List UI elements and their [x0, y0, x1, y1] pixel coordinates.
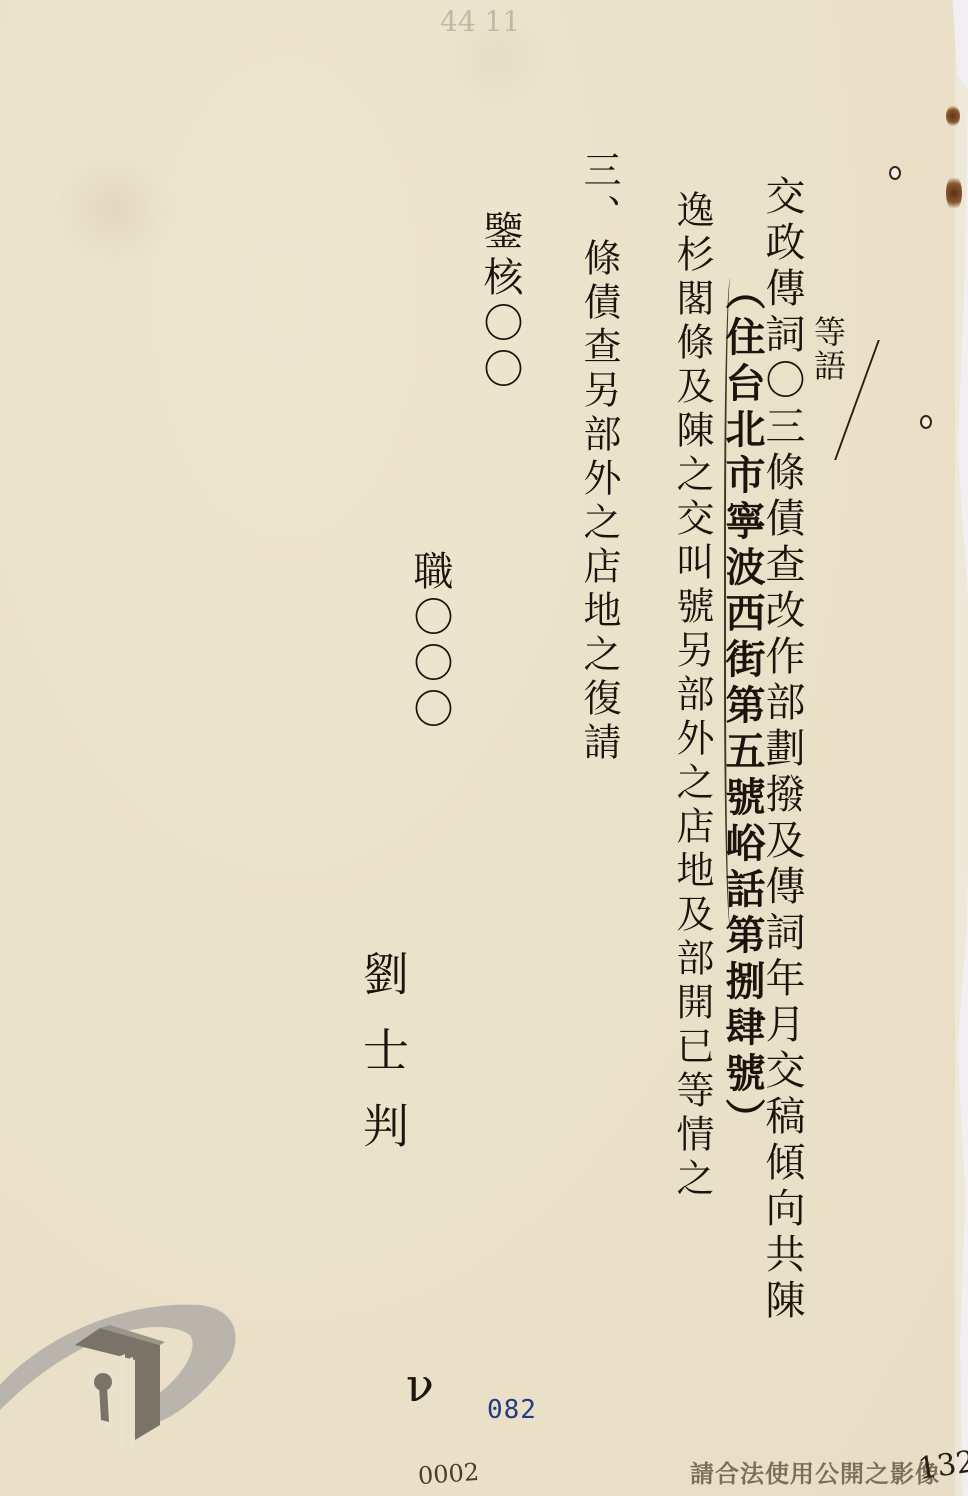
- top-pencil-mark: 44 11: [440, 5, 520, 38]
- text-column-3: 三、條債查另部外之店地之復請: [580, 150, 618, 766]
- page-number: 132: [916, 1444, 968, 1487]
- archive-logo-icon: [0, 1300, 250, 1460]
- burn-stain: [946, 175, 962, 211]
- signature: 劉士判: [360, 950, 406, 1178]
- text-column-1: 交政傳詞〇三條債查改作部劃撥及傳詞年月交稿傾向共陳: [762, 175, 802, 1325]
- text-column-2: 逸杉閣條及陳之交叫號另部外之店地及部開已等情之: [673, 190, 711, 1202]
- marginal-note: 等語: [812, 315, 844, 383]
- archive-number: 0002: [417, 1458, 480, 1490]
- punch-hole: [920, 415, 932, 429]
- punch-hole: [889, 166, 901, 180]
- text-column-sender: 職〇〇〇: [410, 550, 450, 734]
- check-mark: ν: [406, 1358, 434, 1412]
- text-column-closing: 鑒核〇〇: [480, 210, 520, 394]
- watermark-text: 請合法使用公開之影像: [690, 1454, 940, 1489]
- stamp-number: 082: [487, 1395, 537, 1425]
- burn-stain: [946, 105, 960, 127]
- address-insertion: （住台北市寧波西街第五號峪話第捌肆號）: [722, 270, 762, 1144]
